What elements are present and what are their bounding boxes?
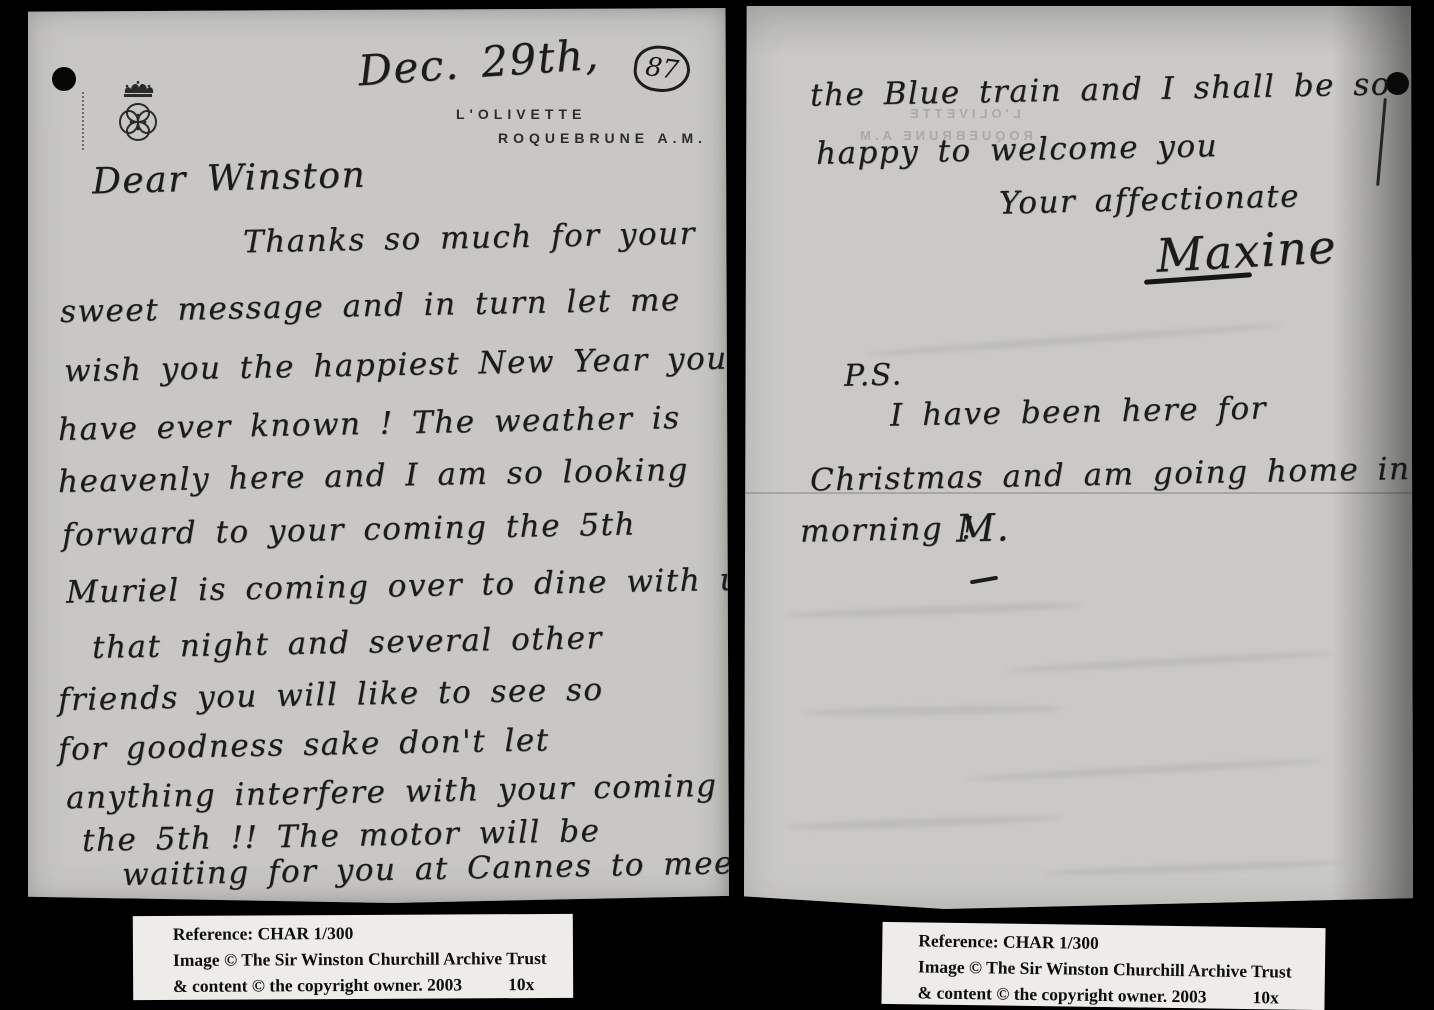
letter-line: wish you the happiest New Year you (64, 341, 728, 390)
archive-caption-left: Reference: CHAR 1/300 Image © The Sir Wi… (133, 914, 573, 1000)
crown-icon (121, 80, 155, 100)
caption-content-credit: & content © the copyright owner. 2003 (917, 979, 1206, 1009)
letter-line: for goodness sake don't let (58, 722, 550, 767)
letter-line: Thanks so much for your (243, 216, 696, 261)
letter-line: sweet message and in turn let me (60, 282, 681, 330)
letter-page-2: L'OLIVETTE ROQUEBRUNE A.M the Blue train… (744, 6, 1413, 909)
punch-hole (1386, 72, 1409, 95)
letterhead-crest (102, 80, 174, 158)
pen-stroke (1376, 98, 1387, 186)
ghost-letterhead-line1: L'OLIVETTE (906, 106, 1021, 121)
caption-reference: Reference: CHAR 1/300 (173, 919, 573, 947)
fold-mark (82, 92, 84, 150)
monogram-icon (116, 100, 160, 144)
letter-line: anything interfere with your coming (66, 768, 718, 817)
initial-underline (970, 576, 998, 585)
caption-image-credit: Image © The Sir Winston Churchill Archiv… (173, 945, 573, 973)
caption-content-credit: & content © the copyright owner. 2003 (173, 971, 462, 999)
letter-line: the Blue train and I shall be so (810, 66, 1391, 113)
closing-line: Your affectionate (999, 178, 1301, 221)
letter-line: forward to your coming the 5th (62, 506, 637, 553)
letterhead-line1: L'OLIVETTE (456, 106, 586, 122)
postscript-initial: M. (955, 505, 1010, 550)
postscript-line: morning ! (800, 510, 976, 549)
postscript-label: P.S. (844, 357, 904, 393)
bleed-through-mark (1004, 649, 1334, 674)
salutation: Dear Winston (92, 155, 367, 203)
bleed-through-mark (864, 321, 1284, 358)
paper-crease (744, 492, 1413, 494)
signature: Maxine (1155, 219, 1339, 282)
punch-hole (52, 67, 76, 91)
paper-texture (744, 6, 1413, 909)
letter-line: Muriel is coming over to dine with us (66, 561, 729, 610)
archive-caption-right: Reference: CHAR 1/300 Image © The Sir Wi… (881, 922, 1325, 1010)
letter-line: that night and several other (92, 620, 603, 666)
letter-line: friends you will like to see so (58, 672, 604, 718)
bleed-through-mark (784, 601, 1084, 620)
letterhead-line2: ROQUEBRUNE A.M. (498, 130, 707, 146)
caption-scale: 10x (508, 971, 534, 997)
ghost-letterhead-line2: ROQUEBRUNE A.M (856, 128, 1033, 143)
scan-background: Dec. 29th, 87 L'OLIVETTE ROQUEBRUNE A.M.… (0, 0, 1434, 1010)
letter-line: heavenly here and I am so looking (58, 452, 689, 500)
bleed-through-mark (964, 757, 1324, 784)
caption-scale: 10x (1252, 984, 1279, 1010)
letter-date: Dec. 29th, (357, 30, 601, 96)
bleed-through-mark (804, 704, 1064, 718)
postscript-line: I have been here for (890, 390, 1268, 433)
postscript-line: Christmas and am going home in the (810, 450, 1413, 499)
bleed-through-mark (784, 813, 1064, 832)
bleed-through-mark (1044, 859, 1344, 877)
page-number-badge: 87 (631, 43, 692, 95)
letter-line: have ever known ! The weather is (58, 400, 681, 448)
letter-line: happy to welcome you (816, 128, 1219, 172)
signature-underline (1144, 272, 1252, 285)
page-number: 87 (644, 52, 681, 86)
letter-page-1: Dec. 29th, 87 L'OLIVETTE ROQUEBRUNE A.M.… (28, 8, 729, 903)
